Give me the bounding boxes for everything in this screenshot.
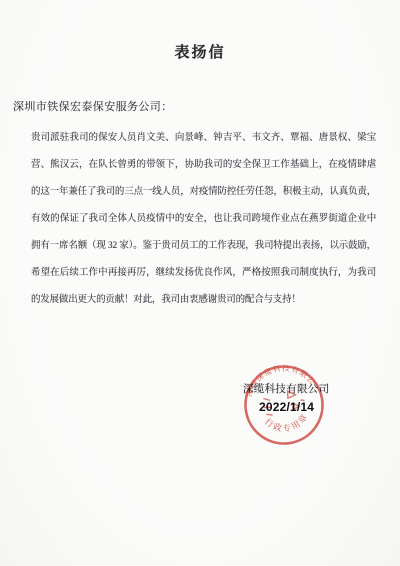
body-line: 希望在后续工作中再接再厉，继续发扬优良作风，严格按照我司制度执行，为我司 [31, 260, 376, 287]
letter-page: 表扬信 深圳市铁保宏泰保安服务公司： 贵司派驻我司的保安人员肖文美、向景峰、钟吉… [0, 0, 400, 566]
body-line: 拥有一席名额（现 32 家）。鉴于贵司员工的工作表现，我司特提出表扬，以示鼓励， [31, 233, 376, 260]
body-line: 贵司派驻我司的保安人员肖文美、向景峰、钟吉平、韦文齐、覃福、唐景权、梁宝 [31, 125, 376, 152]
body-line: 有效的保证了我司全体人员疫情中的安全，也让我司跨境作业点在燕罗街道企业中 [31, 206, 376, 233]
body-line: 的这一年兼任了我司的三点一线人员，对疫情防控任劳任怨，积极主动，认真负责， [31, 179, 376, 206]
letter-title: 表扬信 [0, 41, 400, 62]
seal-border [239, 360, 328, 449]
seal-logo-marks [262, 389, 306, 417]
seal-admin-label: 行政专用章 [262, 409, 313, 437]
body-paragraph: 贵司派驻我司的保安人员肖文美、向景峰、钟吉平、韦文齐、覃福、唐景权、梁宝 营、熊… [31, 125, 376, 314]
seal-arc-company-text: 深圳深缆科技有限公司 [238, 359, 318, 401]
salutation: 深圳市铁保宏泰保安服务公司： [13, 98, 173, 114]
body-line: 营、熊汉云，在队长曾勇的带领下，协助我司的安全保卫工作基础上，在疫情肆虐 [31, 152, 376, 179]
body-line: 的发展做出更大的贡献！对此，我司由衷感谢贵司的配合与支持！ [31, 287, 376, 314]
company-seal: 深圳深缆科技有限公司 行政专用章 [238, 359, 330, 451]
